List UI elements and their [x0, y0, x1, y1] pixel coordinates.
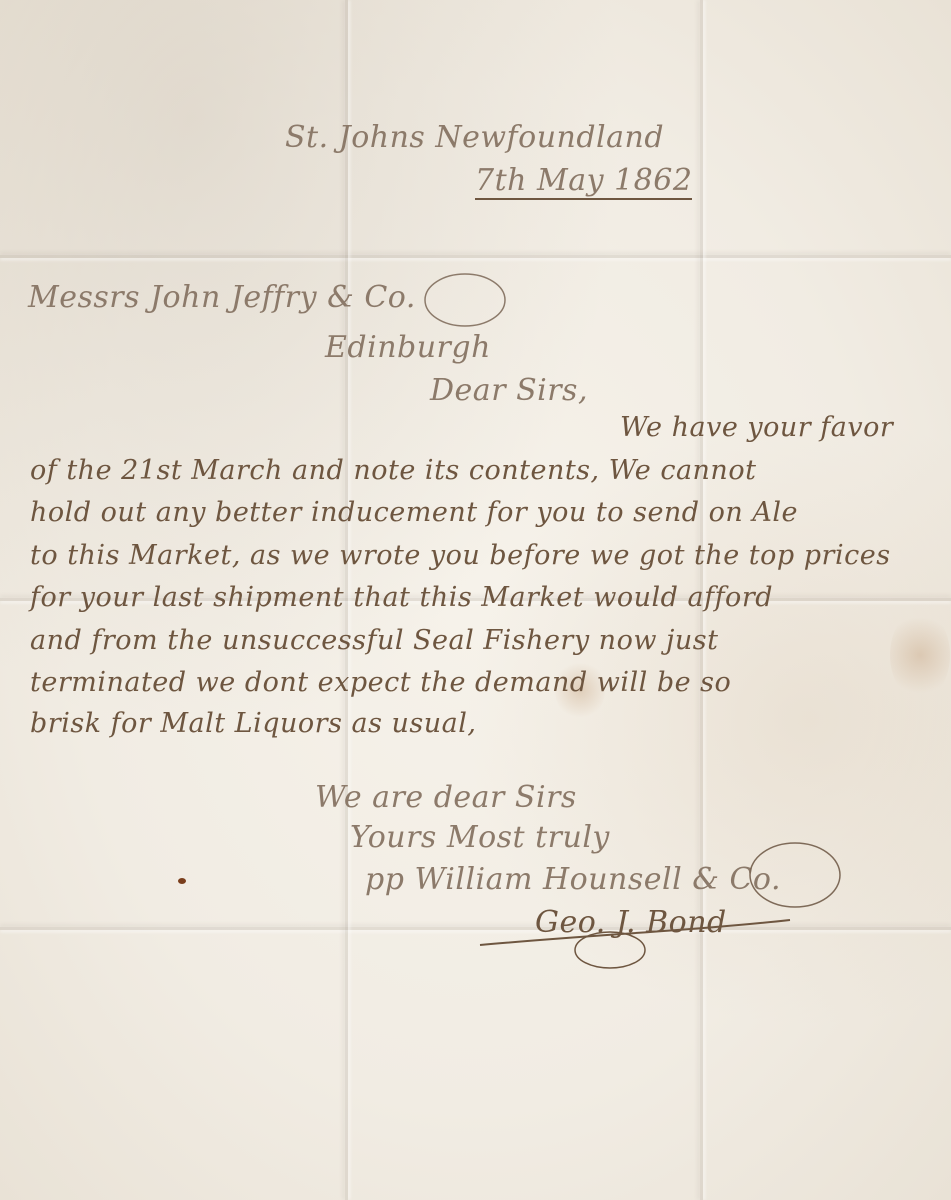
body-line: for your last shipment that this Market …: [30, 582, 773, 613]
paper-stain: [890, 610, 950, 700]
date-line: 7th May 1862: [475, 163, 692, 200]
body-line: brisk for Malt Liquors as usual,: [30, 708, 477, 739]
addressee-city: Edinburgh: [325, 330, 491, 365]
body-line: terminated we dont expect the demand wil…: [30, 667, 731, 698]
letter-page: St. Johns Newfoundland 7th May 1862 Mess…: [0, 0, 951, 1200]
body-line: and from the unsuccessful Seal Fishery n…: [30, 625, 718, 656]
salutation: Dear Sirs,: [430, 373, 588, 408]
body-line: to this Market, as we wrote you before w…: [30, 540, 891, 571]
co-circle-flourish-icon: [740, 835, 850, 915]
addressee-line: Messrs John Jeffry & Co.: [28, 280, 416, 315]
closing-line: Yours Most truly: [350, 820, 610, 855]
ink-spot: [178, 878, 186, 884]
fold-line: [0, 255, 951, 258]
body-line: hold out any better inducement for you t…: [30, 497, 798, 528]
co-circle-flourish-icon: [410, 270, 520, 330]
body-line: We have your favor: [620, 412, 893, 443]
place-line: St. Johns Newfoundland: [285, 120, 664, 155]
closing-line: We are dear Sirs: [315, 780, 577, 815]
body-line: of the 21st March and note its contents,…: [30, 455, 756, 486]
